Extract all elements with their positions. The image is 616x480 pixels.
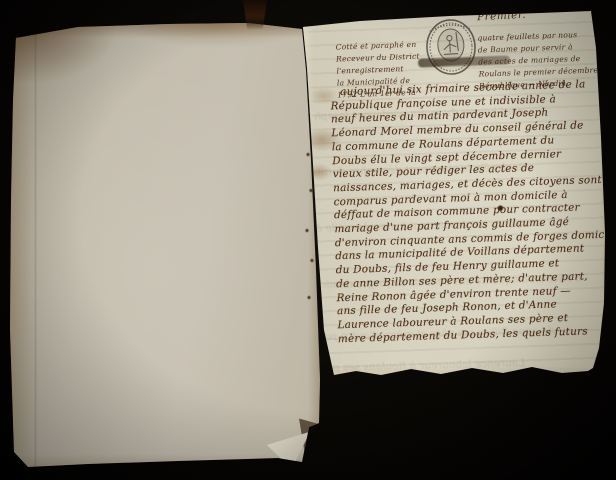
stain (305, 228, 309, 233)
vertical-crease (34, 20, 37, 470)
left-blank-page (8, 20, 320, 470)
annotation-right: quatre feuillets par nous (477, 30, 577, 42)
annotation-right: de Baume pour servir à (478, 42, 573, 54)
district-stamp-icon (423, 16, 479, 77)
right-manuscript-page: neuf heures du matin pardevant Joseph Do… (300, 8, 610, 380)
stain (307, 295, 311, 300)
stain (309, 188, 313, 193)
stain (306, 152, 310, 157)
book-scan: neuf heures du matin pardevant Joseph Do… (0, 0, 616, 480)
stain (310, 258, 314, 263)
ink-blot (497, 205, 504, 211)
manuscript-body: aujourd'hui six frimaire seconde année d… (330, 78, 610, 347)
